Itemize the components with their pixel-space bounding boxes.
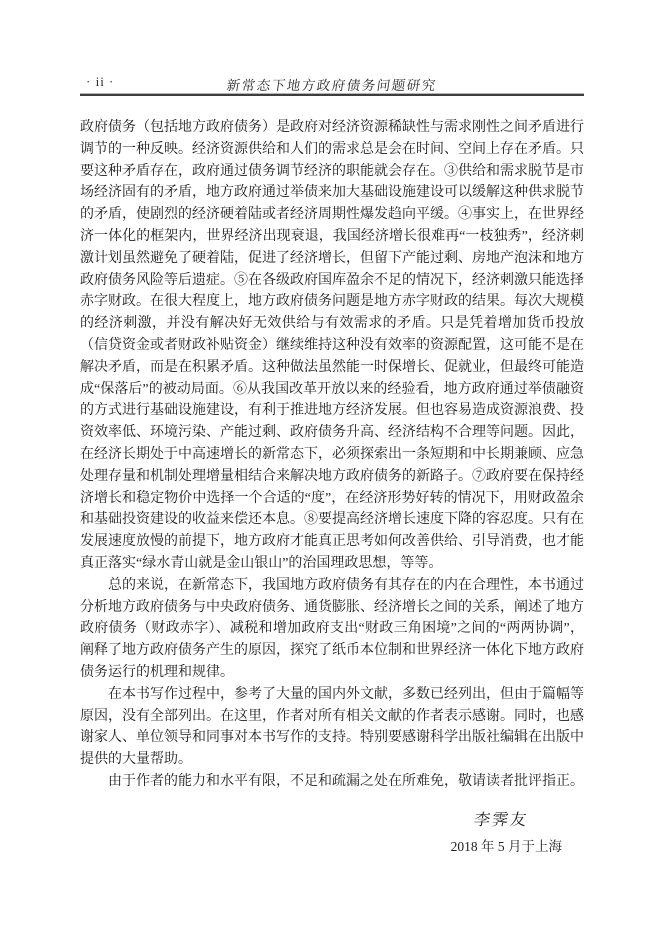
header-rule (80, 93, 584, 96)
preface-body: 政府债务（包括地方政府债务）是政府对经济资源稀缺性与需求刚性之间矛盾进行调节的一… (80, 96, 584, 793)
paragraph-3: 在本书写作过程中，参考了大量的国内外文献，多数已经列出，但由于篇幅等原因，没有全… (80, 684, 584, 771)
author-name: 李霁友 (80, 808, 584, 834)
book-page: · ii · 新常态下地方政府债务问题研究 政府债务（包括地方政府债务）是政府对… (0, 0, 661, 925)
signature-date: 2018 年 5 月于上海 (80, 834, 584, 859)
paragraph-4: 由于作者的能力和水平有限，不足和疏漏之处在所难免，敬请读者批评指正。 (80, 771, 584, 793)
running-header: · ii · 新常态下地方政府债务问题研究 (80, 0, 584, 96)
signature-block: 李霁友 2018 年 5 月于上海 (80, 808, 584, 859)
author-name-text: 李霁友 (472, 808, 530, 834)
page-number: · ii · (86, 74, 114, 90)
text-block: · ii · 新常态下地方政府债务问题研究 政府债务（包括地方政府债务）是政府对… (80, 0, 584, 859)
running-title: 新常态下地方政府债务问题研究 (80, 74, 584, 94)
paragraph-1: 政府债务（包括地方政府债务）是政府对经济资源稀缺性与需求刚性之间矛盾进行调节的一… (80, 117, 584, 575)
paragraph-2: 总的来说，在新常态下，我国地方政府债务有其存在的内在合理性，本书通过分析地方政府… (80, 575, 584, 684)
running-title-text: 新常态下地方政府债务问题研究 (226, 74, 439, 94)
